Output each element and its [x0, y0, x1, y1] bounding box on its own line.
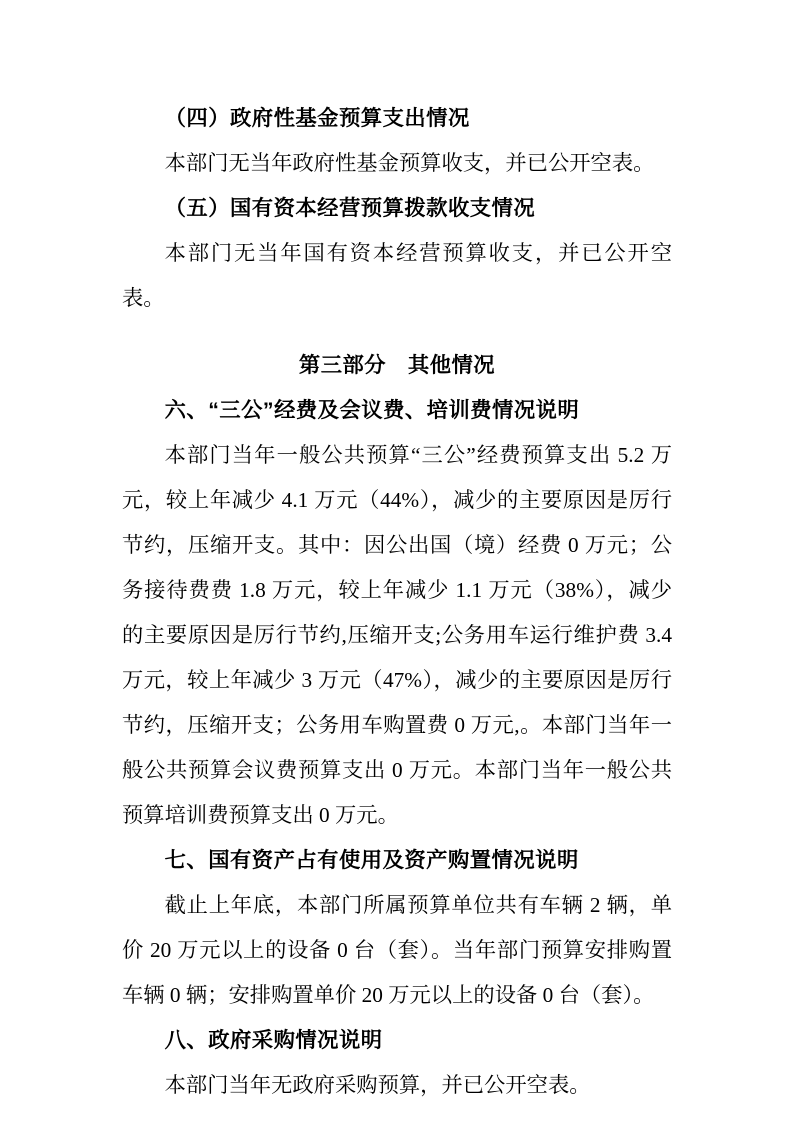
part3-title: 第三部分 其他情况 [122, 343, 672, 388]
heading-section-6: 六、“三公”经费及会议费、培训费情况说明 [122, 388, 672, 433]
heading-section-8: 八、政府采购情况说明 [122, 1018, 672, 1063]
paragraph-section-8: 本部门当年无政府采购预算，并已公开空表。 [122, 1063, 672, 1108]
paragraph-section-6: 本部门当年一般公共预算“三公”经费预算支出 5.2 万元，较上年减少 4.1 万… [122, 433, 672, 838]
heading-subsection-5: （五）国有资本经营预算拨款收支情况 [122, 186, 672, 231]
paragraph-subsection-5: 本部门无当年国有资本经营预算收支，并已公开空表。 [122, 231, 672, 321]
heading-subsection-4: （四）政府性基金预算支出情况 [122, 96, 672, 141]
document-content: （四）政府性基金预算支出情况 本部门无当年政府性基金预算收支，并已公开空表。 （… [122, 96, 672, 1108]
heading-section-7: 七、国有资产占有使用及资产购置情况说明 [122, 838, 672, 883]
paragraph-section-7: 截止上年底，本部门所属预算单位共有车辆 2 辆，单价 20 万元以上的设备 0 … [122, 883, 672, 1018]
paragraph-subsection-4: 本部门无当年政府性基金预算收支，并已公开空表。 [122, 141, 672, 186]
document-page: （四）政府性基金预算支出情况 本部门无当年政府性基金预算收支，并已公开空表。 （… [0, 0, 793, 1122]
